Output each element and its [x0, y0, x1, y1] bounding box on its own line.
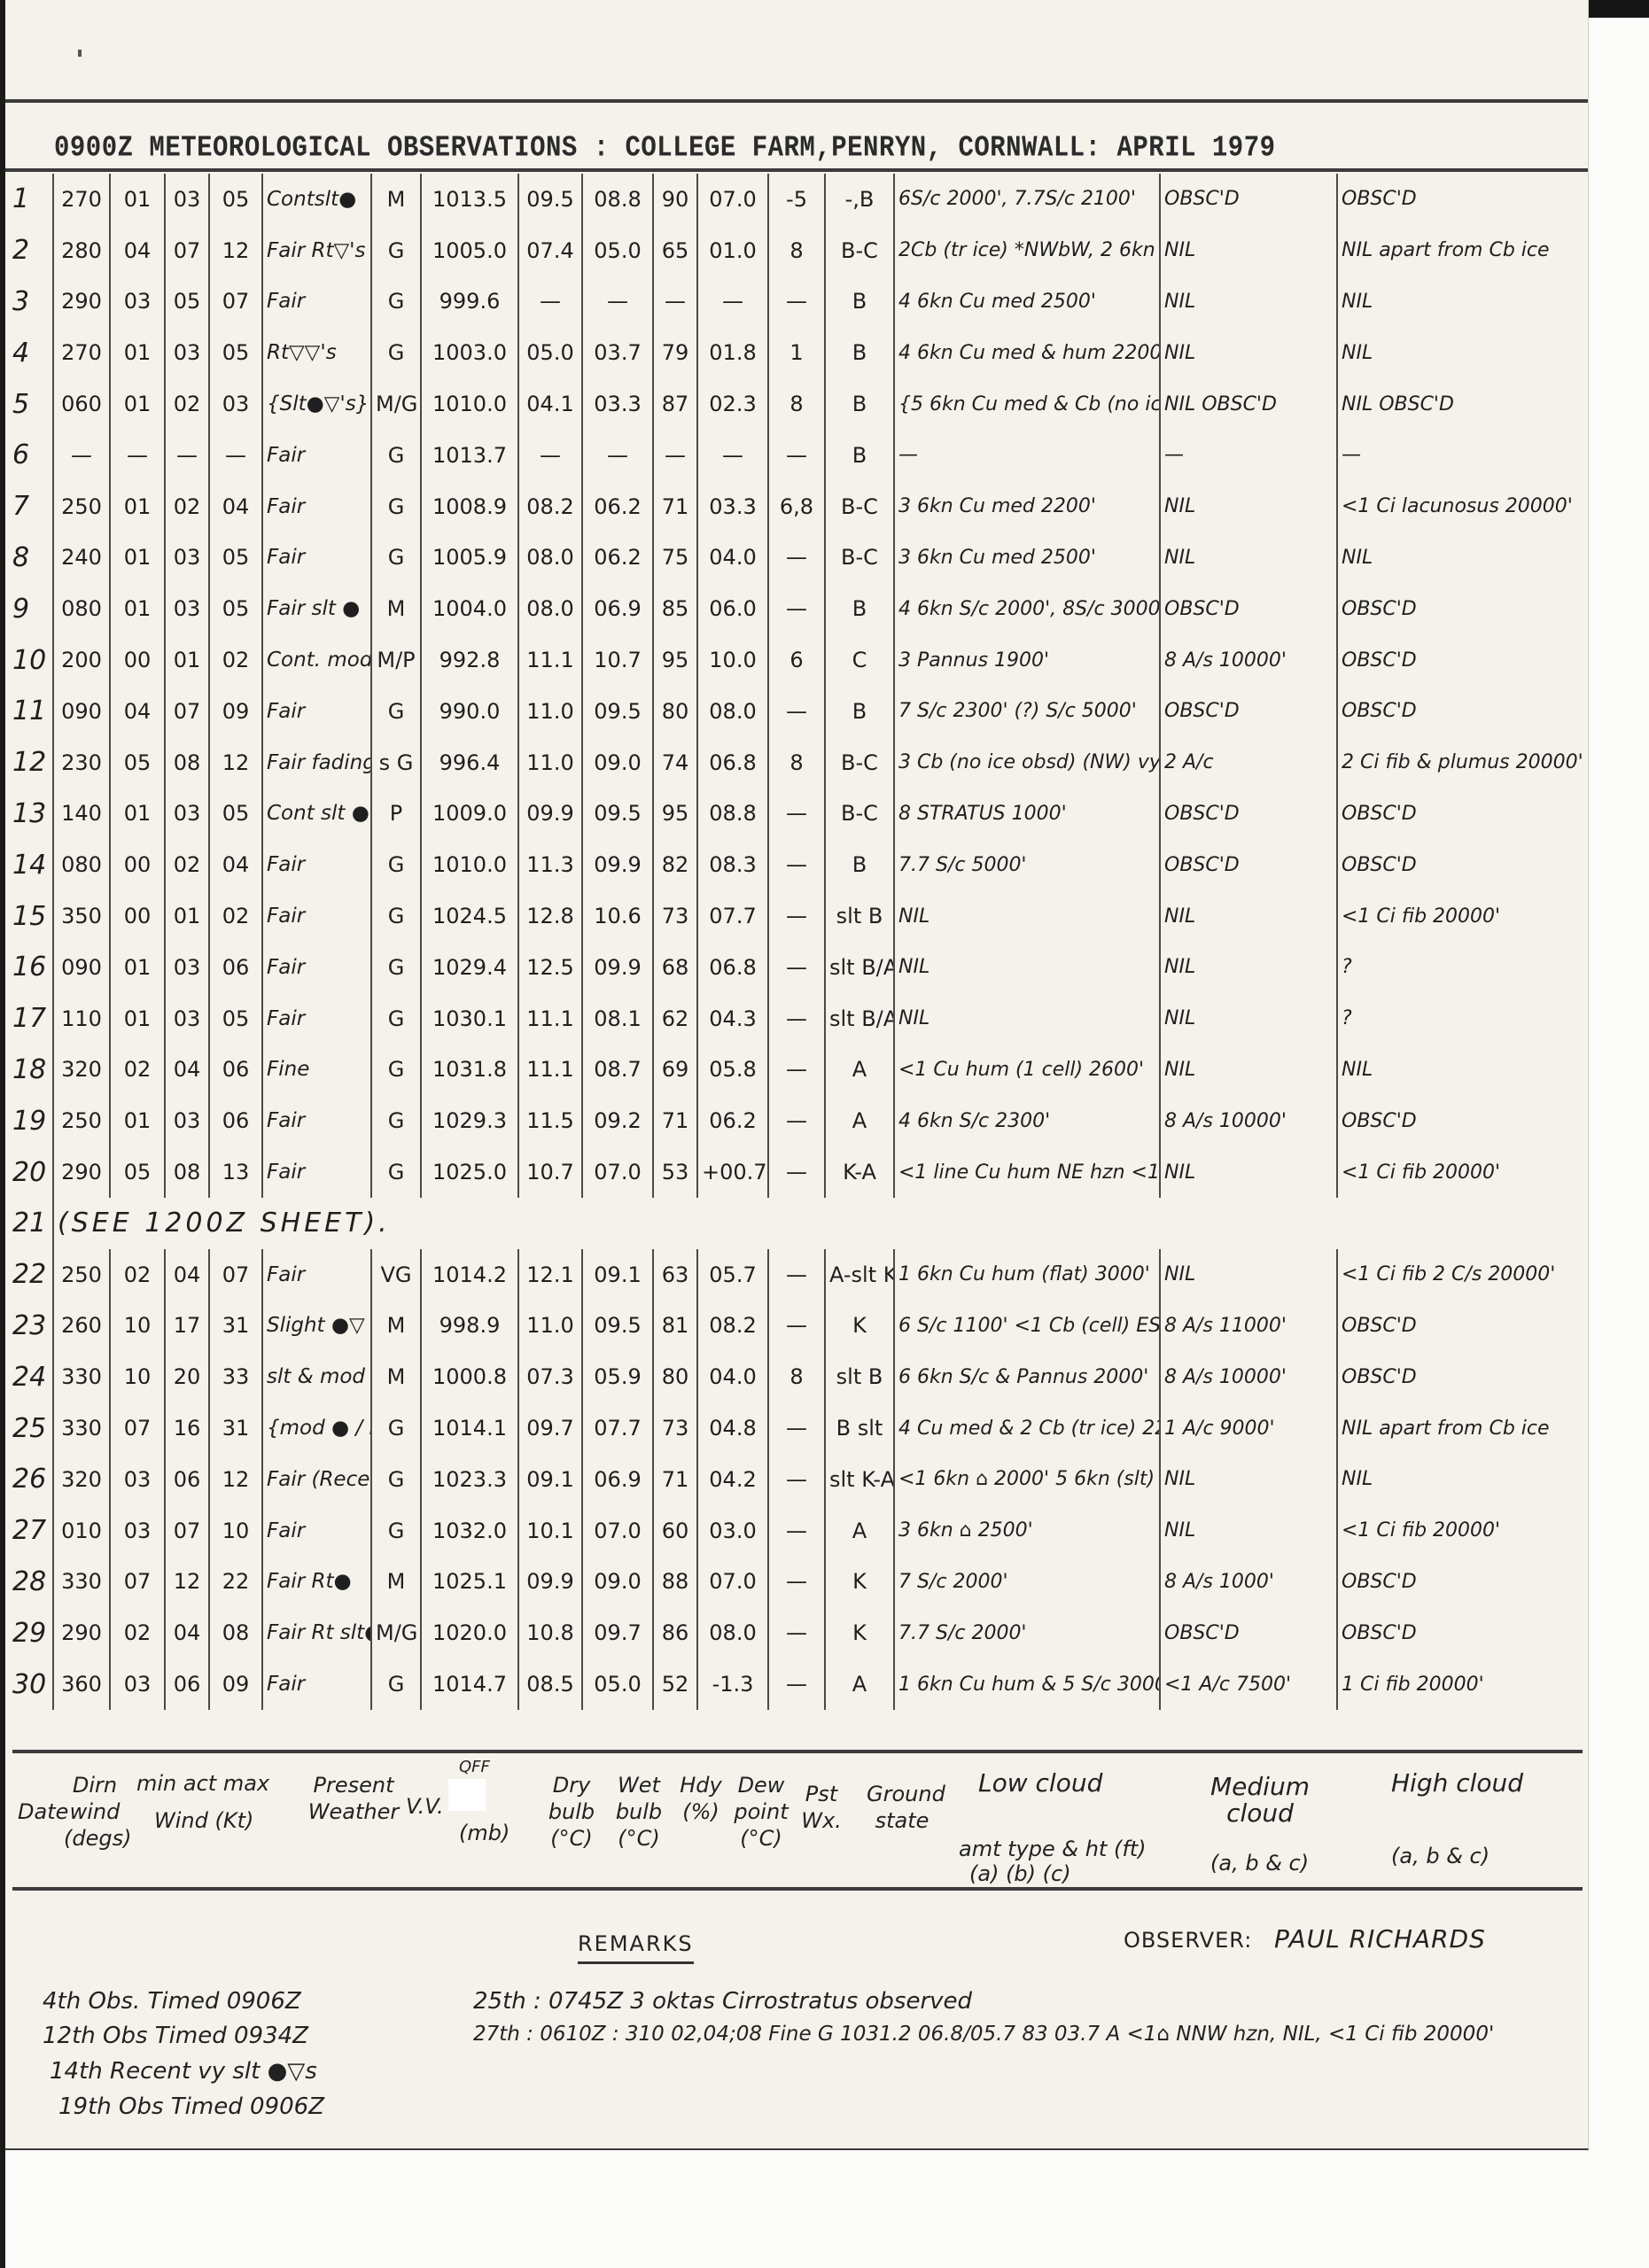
cell-col5: Fair: [262, 276, 371, 328]
cell-col7: 1029.4: [421, 942, 518, 993]
cell-col10: 65: [653, 225, 697, 276]
cell-col16: NIL: [1337, 1454, 1583, 1505]
cell-col4: 04: [209, 839, 262, 890]
cell-col14: 8 STRATUS 1000': [894, 788, 1160, 840]
cell-col2: 01: [110, 583, 165, 634]
cell-col12: —: [768, 890, 825, 942]
cell-col12: 1: [768, 327, 825, 378]
cell-col6: M/G: [371, 378, 421, 430]
remark-right: 27th : 0610Z : 310 02,04;08 Fine G 1031.…: [473, 2023, 1494, 2046]
cell-col8: 05.0: [518, 327, 582, 378]
cell-col8: —: [518, 430, 582, 481]
cell-col13: slt B/A: [825, 942, 894, 993]
cell-col14: 3 Cb (no ice obsd) (NW) vy dk: [894, 737, 1160, 788]
cell-col16: OBSC'D: [1337, 839, 1583, 890]
cell-col5: {mod ● / Hvy ▲▽ patches}: [262, 1402, 371, 1454]
cell-col13: B-C: [825, 481, 894, 532]
cell-col8: 08.2: [518, 481, 582, 532]
table-row: 29290020408Fair Rt slt●M/G1020.010.809.7…: [12, 1607, 1583, 1658]
cell-col15: 2 A/c: [1160, 737, 1337, 788]
cell-col4: 12: [209, 1454, 262, 1505]
cell-col11: 01.0: [697, 225, 768, 276]
cell-col13: A: [825, 1658, 894, 1710]
cell-col4: 05: [209, 583, 262, 634]
cell-col10: 63: [653, 1249, 697, 1301]
cell-col10: 95: [653, 788, 697, 840]
cell-col14: <1 line Cu hum NE hzn <1 S/c 6000': [894, 1146, 1160, 1198]
cell-col10: 71: [653, 1095, 697, 1146]
cell-col6: G: [371, 890, 421, 942]
cell-col14: 6 6kn S/c & Pannus 2000': [894, 1351, 1160, 1402]
cell-col16: ?: [1337, 942, 1583, 993]
cell-col1: 140: [53, 788, 110, 840]
cell-col11: —: [697, 430, 768, 481]
legend-qff-unit: (mb): [459, 1820, 509, 1846]
cell-col2: 00: [110, 890, 165, 942]
cell-col4: 05: [209, 532, 262, 584]
cell-col9: 05.9: [582, 1351, 653, 1402]
cell-col5: Fair: [262, 1095, 371, 1146]
cell-col3: 08: [165, 1146, 209, 1198]
cell-col8: —: [518, 276, 582, 328]
cell-col7: 1013.5: [421, 174, 518, 225]
cell-col4: 22: [209, 1557, 262, 1608]
cell-col13: slt B: [825, 1351, 894, 1402]
cell-col8: 08.0: [518, 583, 582, 634]
cell-col2: 07: [110, 1557, 165, 1608]
cell-col15: NIL: [1160, 327, 1337, 378]
legend-dirn: Dirn wind (degs): [64, 1772, 126, 1852]
cell-date: 29: [12, 1607, 53, 1658]
cell-col13: B: [825, 430, 894, 481]
cell-col6: G: [371, 1045, 421, 1096]
table-row: 19250010306FairG1029.311.509.27106.2—A4 …: [12, 1095, 1583, 1146]
cell-col8: 08.0: [518, 532, 582, 584]
cell-date: 27: [12, 1505, 53, 1557]
cell-col11: 04.0: [697, 1351, 768, 1402]
legend-vv: V.V.: [406, 1793, 444, 1820]
cell-col9: 03.3: [582, 378, 653, 430]
cell-col7: 990.0: [421, 686, 518, 737]
cell-col5: Fair: [262, 430, 371, 481]
cell-col3: —: [165, 430, 209, 481]
cell-col1: 090: [53, 686, 110, 737]
cell-col7: 1000.8: [421, 1351, 518, 1402]
cell-col16: 2 Ci fib & plumus 20000': [1337, 737, 1583, 788]
cell-col10: 53: [653, 1146, 697, 1198]
cell-col14: 6 S/c 1100' <1 Cb (cell) ESE top 7000': [894, 1301, 1160, 1352]
cell-col1: 320: [53, 1045, 110, 1096]
cell-col14: <1 Cu hum (1 cell) 2600': [894, 1045, 1160, 1096]
cell-col3: 05: [165, 276, 209, 328]
cell-col6: G: [371, 1505, 421, 1557]
cell-col7: 992.8: [421, 634, 518, 686]
cell-col10: —: [653, 276, 697, 328]
cell-col1: 330: [53, 1351, 110, 1402]
cell-col11: 05.7: [697, 1249, 768, 1301]
cell-col15: NIL: [1160, 481, 1337, 532]
cell-col13: B slt: [825, 1402, 894, 1454]
cell-col5: Rt▽▽'s: [262, 327, 371, 378]
cell-col12: 8: [768, 1351, 825, 1402]
remark-left: 12th Obs Timed 0934Z: [43, 2023, 308, 2049]
cell-col16: OBSC'D: [1337, 1607, 1583, 1658]
table-row: 18320020406FineG1031.811.108.76905.8—A<1…: [12, 1045, 1583, 1096]
cell-col14: 7.7 S/c 5000': [894, 839, 1160, 890]
cell-col15: NIL: [1160, 1505, 1337, 1557]
table-row: 2280040712Fair Rt▽'sG1005.007.405.06501.…: [12, 225, 1583, 276]
cell-col5: Fair: [262, 1505, 371, 1557]
title-rule: [5, 168, 1588, 172]
cell-col2: 05: [110, 1146, 165, 1198]
cell-col11: 06.8: [697, 942, 768, 993]
cell-date: 25: [12, 1402, 53, 1454]
cell-col7: 1010.0: [421, 839, 518, 890]
table-row: 13140010305Cont slt ● ≡P1009.009.909.595…: [12, 788, 1583, 840]
cell-col7: 1003.0: [421, 327, 518, 378]
remark-right: 25th : 0745Z 3 oktas Cirrostratus observ…: [473, 1988, 972, 2015]
cell-col12: —: [768, 1505, 825, 1557]
cell-date: 13: [12, 788, 53, 840]
ink-mark: [78, 50, 82, 57]
cell-col8: 07.4: [518, 225, 582, 276]
table-row: 20290050813FairG1025.010.707.053+00.7—K-…: [12, 1146, 1583, 1198]
cell-col14: 3 Pannus 1900': [894, 634, 1160, 686]
cell-date: 30: [12, 1658, 53, 1710]
cell-col6: G: [371, 1454, 421, 1505]
cell-date: 3: [12, 276, 53, 328]
cell-date: 23: [12, 1301, 53, 1352]
cell-col5: {Slt●▽'s} {vy slt mps}: [262, 378, 371, 430]
cell-col2: 02: [110, 1045, 165, 1096]
cell-date: 2: [12, 225, 53, 276]
cell-col7: 996.4: [421, 737, 518, 788]
cell-col8: 09.9: [518, 788, 582, 840]
cell-col11: 07.0: [697, 174, 768, 225]
legend-bottom-rule: [12, 1887, 1583, 1891]
cell-col15: OBSC'D: [1160, 1607, 1337, 1658]
cell-col14: 3 6kn ⌂ 2500': [894, 1505, 1160, 1557]
cell-col15: OBSC'D: [1160, 788, 1337, 840]
cell-col9: 09.5: [582, 788, 653, 840]
cell-col11: 07.7: [697, 890, 768, 942]
cell-col9: 10.6: [582, 890, 653, 942]
cell-col1: 260: [53, 1301, 110, 1352]
table-row: 27010030710FairG1032.010.107.06003.0—A3 …: [12, 1505, 1583, 1557]
cell-col16: OBSC'D: [1337, 686, 1583, 737]
cell-col3: 02: [165, 839, 209, 890]
cell-date: 19: [12, 1095, 53, 1146]
cell-col1: 270: [53, 174, 110, 225]
cell-col11: 03.3: [697, 481, 768, 532]
cell-col4: 13: [209, 1146, 262, 1198]
cell-col11: 08.0: [697, 1607, 768, 1658]
cell-col11: 07.0: [697, 1557, 768, 1608]
cell-col3: 07: [165, 1505, 209, 1557]
table-row: 15350000102FairG1024.512.810.67307.7—slt…: [12, 890, 1583, 942]
cell-col9: 09.9: [582, 942, 653, 993]
cell-col6: G: [371, 276, 421, 328]
cell-col4: 10: [209, 1505, 262, 1557]
cell-col15: NIL: [1160, 942, 1337, 993]
cell-col4: 31: [209, 1402, 262, 1454]
table-row: 30360030609FairG1014.708.505.052-1.3—A1 …: [12, 1658, 1583, 1710]
cell-col15: NIL: [1160, 1146, 1337, 1198]
cell-col16: OBSC'D: [1337, 174, 1583, 225]
cell-col3: 04: [165, 1249, 209, 1301]
cell-col16: NIL: [1337, 276, 1583, 328]
cell-date: 22: [12, 1249, 53, 1301]
cell-col3: 16: [165, 1402, 209, 1454]
legend-medium-cloud-sub: (a, b & c): [1210, 1850, 1309, 1876]
cell-col12: 8: [768, 225, 825, 276]
legend-ground-state: Ground state: [867, 1781, 937, 1834]
cell-col11: 04.3: [697, 993, 768, 1045]
scan-border-top-right: [1588, 0, 1649, 18]
cell-col4: 03: [209, 378, 262, 430]
cell-col3: 04: [165, 1045, 209, 1096]
cell-col8: 11.1: [518, 1045, 582, 1096]
cell-col5: Fair (Recent vy slt ●▽): [262, 1454, 371, 1505]
cell-col11: 04.2: [697, 1454, 768, 1505]
cell-col4: 09: [209, 686, 262, 737]
cell-col4: 04: [209, 481, 262, 532]
cell-col2: 04: [110, 225, 165, 276]
legend-date: Date: [18, 1798, 68, 1825]
cell-col9: 06.9: [582, 1454, 653, 1505]
cell-col8: 12.1: [518, 1249, 582, 1301]
cell-col1: 010: [53, 1505, 110, 1557]
cell-col5: Fair: [262, 839, 371, 890]
cell-date: 5: [12, 378, 53, 430]
cell-col14: 4 Cu med & 2 Cb (tr ice) 2200': [894, 1402, 1160, 1454]
top-rule: [5, 99, 1588, 103]
cell-col4: 05: [209, 788, 262, 840]
cell-col5: Cont. mod ● mps: [262, 634, 371, 686]
cell-col14: NIL: [894, 890, 1160, 942]
cell-col2: 02: [110, 1249, 165, 1301]
cell-col9: 07.7: [582, 1402, 653, 1454]
legend-high-cloud: High cloud: [1391, 1770, 1523, 1797]
cell-col13: slt K-A: [825, 1454, 894, 1505]
cell-date: 15: [12, 890, 53, 942]
legend-dew-point: Dew point (°C): [730, 1772, 792, 1852]
cell-col11: 03.0: [697, 1505, 768, 1557]
cell-col4: 07: [209, 276, 262, 328]
cell-col6: G: [371, 993, 421, 1045]
cell-col6: G: [371, 686, 421, 737]
cell-col13: B-C: [825, 532, 894, 584]
cell-col15: 8 A/s 10000': [1160, 634, 1337, 686]
cell-col15: <1 A/c 7500': [1160, 1658, 1337, 1710]
cell-date: 17: [12, 993, 53, 1045]
cell-col4: 05: [209, 327, 262, 378]
cell-col1: 110: [53, 993, 110, 1045]
legend-low-cloud-sub: amt type & ht (ft): [959, 1836, 1147, 1862]
cell-col4: 06: [209, 1045, 262, 1096]
cell-col10: —: [653, 430, 697, 481]
cell-col15: NIL OBSC'D: [1160, 378, 1337, 430]
cell-date: 7: [12, 481, 53, 532]
date-cell: 21: [12, 1198, 53, 1249]
cell-date: 20: [12, 1146, 53, 1198]
cell-col1: 350: [53, 890, 110, 942]
cell-col2: 10: [110, 1301, 165, 1352]
cell-col15: NIL: [1160, 890, 1337, 942]
table-row: 7250010204FairG1008.908.206.27103.36,8B-…: [12, 481, 1583, 532]
cell-col8: 12.5: [518, 942, 582, 993]
cell-col10: 52: [653, 1658, 697, 1710]
cell-col9: 09.0: [582, 1557, 653, 1608]
legend-high-cloud-sub: (a, b & c): [1391, 1843, 1490, 1869]
cell-col13: B: [825, 839, 894, 890]
cell-col1: 250: [53, 481, 110, 532]
cell-col15: NIL: [1160, 1249, 1337, 1301]
cell-col14: 1 6kn Cu hum & 5 S/c 3000': [894, 1658, 1160, 1710]
cell-col7: 999.6: [421, 276, 518, 328]
cell-col12: 6,8: [768, 481, 825, 532]
legend-medium-cloud: Medium cloud: [1207, 1774, 1313, 1827]
cell-col9: 07.0: [582, 1505, 653, 1557]
cell-col1: 330: [53, 1402, 110, 1454]
cell-col2: 01: [110, 788, 165, 840]
cell-col14: 4 6kn Cu med 2500': [894, 276, 1160, 328]
cell-col10: 62: [653, 993, 697, 1045]
cell-col12: —: [768, 788, 825, 840]
cell-col7: 1024.5: [421, 890, 518, 942]
cell-col3: 03: [165, 532, 209, 584]
cell-col12: —: [768, 1095, 825, 1146]
table-row: 22250020407FairVG1014.212.109.16305.7—A-…: [12, 1249, 1583, 1301]
cell-col16: <1 Ci fib 20000': [1337, 1146, 1583, 1198]
observer-name: PAUL RICHARDS: [1274, 1924, 1486, 1953]
cell-date: 4: [12, 327, 53, 378]
cell-col11: —: [697, 276, 768, 328]
cell-col16: OBSC'D: [1337, 788, 1583, 840]
table-row-note: 21(SEE 1200Z SHEET).: [12, 1198, 1583, 1249]
cell-col6: G: [371, 327, 421, 378]
cell-col12: 8: [768, 378, 825, 430]
cell-col4: 02: [209, 634, 262, 686]
cell-col13: B: [825, 327, 894, 378]
cell-col11: 08.0: [697, 686, 768, 737]
cell-col13: A: [825, 1505, 894, 1557]
table-row: 3290030507FairG999.6—————B4 6kn Cu med 2…: [12, 276, 1583, 328]
cell-col7: 1014.1: [421, 1402, 518, 1454]
cell-col9: 09.0: [582, 737, 653, 788]
cell-col3: 03: [165, 1095, 209, 1146]
cell-col11: 04.8: [697, 1402, 768, 1454]
cell-col2: 01: [110, 174, 165, 225]
table-row: 26320030612Fair (Recent vy slt ●▽)G1023.…: [12, 1454, 1583, 1505]
cell-col15: NIL: [1160, 225, 1337, 276]
cell-col11: 10.0: [697, 634, 768, 686]
cell-col4: 07: [209, 1249, 262, 1301]
table-row: 12230050812Fair fading ●s G996.411.009.0…: [12, 737, 1583, 788]
cell-col2: 00: [110, 839, 165, 890]
cell-col7: 1029.3: [421, 1095, 518, 1146]
cell-col7: 1020.0: [421, 1607, 518, 1658]
cell-col15: NIL: [1160, 1045, 1337, 1096]
cell-col12: —: [768, 1557, 825, 1608]
cell-col9: 08.8: [582, 174, 653, 225]
cell-col9: 08.7: [582, 1045, 653, 1096]
cell-col9: 10.7: [582, 634, 653, 686]
cell-col12: 8: [768, 737, 825, 788]
cell-col11: -1.3: [697, 1658, 768, 1710]
cell-col8: 08.5: [518, 1658, 582, 1710]
cell-col6: G: [371, 942, 421, 993]
cell-col16: <1 Ci lacunosus 20000': [1337, 481, 1583, 532]
cell-col4: 33: [209, 1351, 262, 1402]
cell-col15: 8 A/s 10000': [1160, 1095, 1337, 1146]
cell-col2: 01: [110, 942, 165, 993]
cell-col13: B-C: [825, 788, 894, 840]
cell-col4: 12: [209, 225, 262, 276]
cell-col12: —: [768, 1658, 825, 1710]
cell-col14: 2Cb (tr ice) *NWbW, 2 6kn Cu med 2600': [894, 225, 1160, 276]
cell-col1: 250: [53, 1095, 110, 1146]
cell-col6: M: [371, 174, 421, 225]
cell-date: 1: [12, 174, 53, 225]
cell-col9: 09.9: [582, 839, 653, 890]
cell-col14: —: [894, 430, 1160, 481]
cell-col8: 10.1: [518, 1505, 582, 1557]
cell-col11: 06.8: [697, 737, 768, 788]
cell-col7: 1009.0: [421, 788, 518, 840]
cell-col5: Fair: [262, 993, 371, 1045]
table-row: 25330071631{mod ● / Hvy ▲▽ patches}G1014…: [12, 1402, 1583, 1454]
observer-label: OBSERVER:: [1124, 1928, 1252, 1953]
cell-col11: 08.8: [697, 788, 768, 840]
cell-col4: 06: [209, 1095, 262, 1146]
cell-col9: 09.5: [582, 1301, 653, 1352]
cell-col14: <1 6kn ⌂ 2000' 5 6kn (slt) S/c 2300': [894, 1454, 1160, 1505]
cell-col2: 02: [110, 1607, 165, 1658]
cell-col11: +00.7: [697, 1146, 768, 1198]
cell-col16: NIL apart from Cb ice: [1337, 1402, 1583, 1454]
cell-col5: Fair: [262, 686, 371, 737]
cell-col1: 060: [53, 378, 110, 430]
cell-col1: 090: [53, 942, 110, 993]
cell-col13: B: [825, 583, 894, 634]
cell-col7: 1030.1: [421, 993, 518, 1045]
table-row: 24330102033slt & mod ●▽sM1000.807.305.98…: [12, 1351, 1583, 1402]
cell-col14: 6S/c 2000', 7.7S/c 2100': [894, 174, 1160, 225]
cell-col11: 02.3: [697, 378, 768, 430]
cell-col1: 290: [53, 276, 110, 328]
cell-col6: G: [371, 1146, 421, 1198]
cell-date: 10: [12, 634, 53, 686]
cell-col16: NIL: [1337, 327, 1583, 378]
cell-col14: 7.7 S/c 2000': [894, 1607, 1160, 1658]
cell-date: 16: [12, 942, 53, 993]
cell-col9: 06.9: [582, 583, 653, 634]
cell-col12: —: [768, 1607, 825, 1658]
legend-dry-bulb: Dry bulb (°C): [541, 1772, 603, 1852]
cell-col12: —: [768, 583, 825, 634]
cell-date: 26: [12, 1454, 53, 1505]
cell-col5: Fair: [262, 1146, 371, 1198]
cell-col3: 03: [165, 788, 209, 840]
table-row: 1270010305Contslt●M1013.509.508.89007.0-…: [12, 174, 1583, 225]
cell-col12: —: [768, 1454, 825, 1505]
cell-col1: 250: [53, 1249, 110, 1301]
cell-col1: 270: [53, 327, 110, 378]
cell-col12: —: [768, 1045, 825, 1096]
cell-col6: G: [371, 1095, 421, 1146]
cell-col11: 04.0: [697, 532, 768, 584]
